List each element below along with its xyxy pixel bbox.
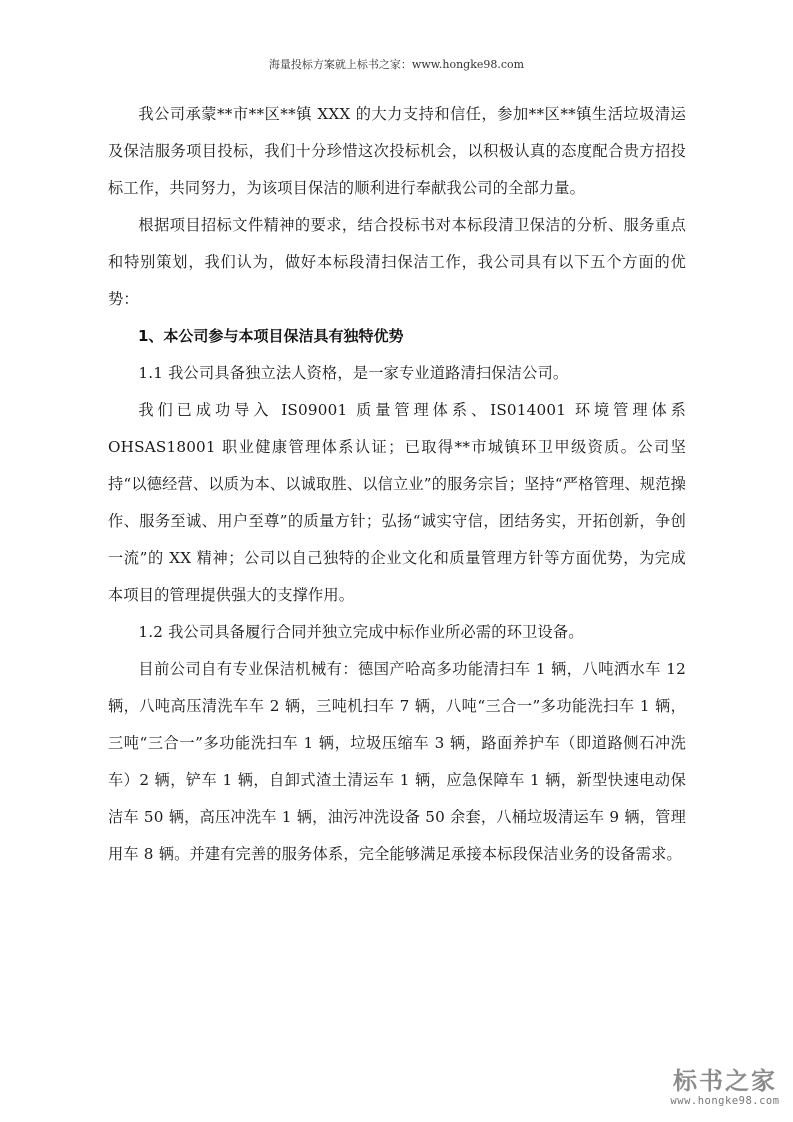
page-header: 海量投标方案就上标书之家：www.hongke98.com bbox=[0, 56, 793, 72]
watermark-logo: 标书之家 www.hongke98.com bbox=[660, 1068, 790, 1108]
subsection-1-2-title: 1.2 我公司具备履行合同并独立完成中标作业所必需的环卫设备。 bbox=[108, 614, 686, 651]
section-heading: 1、本公司参与本项目保洁具有独特优势 bbox=[108, 318, 686, 355]
subsection-1-1-title: 1.1 我公司具备独立法人资格，是一家专业道路清扫保洁公司。 bbox=[108, 355, 686, 392]
document-body: 我公司承蒙**市**区**镇 XXX 的大力支持和信任，参加**区**镇生活垃圾… bbox=[108, 96, 686, 873]
subsection-1-2-body: 目前公司自有专业保洁机械有：德国产哈高多功能清扫车 1 辆，八吨洒水车 12 辆… bbox=[108, 651, 686, 873]
watermark-url: www.hongke98.com bbox=[660, 1094, 790, 1108]
advantages-intro-paragraph: 根据项目招标文件精神的要求，结合投标书对本标段清卫保洁的分析、服务重点和特别策划… bbox=[108, 207, 686, 318]
subsection-1-1-body: 我们已成功导入 IS09001 质量管理体系、IS014001 环境管理体系 O… bbox=[108, 392, 686, 614]
watermark-title: 标书之家 bbox=[660, 1068, 790, 1094]
intro-paragraph: 我公司承蒙**市**区**镇 XXX 的大力支持和信任，参加**区**镇生活垃圾… bbox=[108, 96, 686, 207]
